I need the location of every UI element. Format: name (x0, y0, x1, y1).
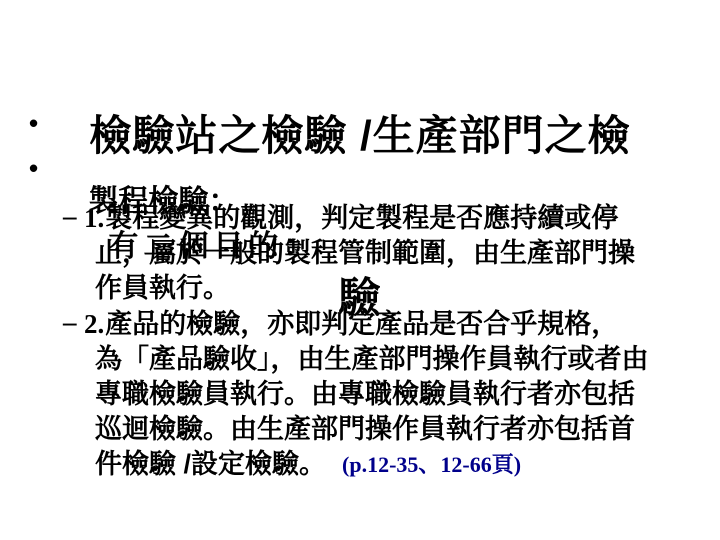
sub-bullet-2-line-3: 專職檢驗員執行。由專職檢驗員執行者亦包括 (95, 377, 715, 412)
sub-bullet-1-line-3: 作員執行。 (95, 271, 715, 306)
presentation-slide: 檢驗站之檢驗 /生產部門之檢 驗 • 製程檢驗： • 有二個目的： – 1.製程… (0, 0, 720, 540)
sub-bullet-1-line-1: 1.製程變異的觀測，判定製程是否應持續或停 (95, 201, 715, 236)
bullet-marker-icon: • (29, 153, 38, 184)
sub-bullet-2-line-2: 為「產品驗收」，由生產部門操作員執行或者由 (95, 342, 715, 377)
sub-bullet-1-number: 1. (84, 203, 104, 233)
sub-bullet-1: – 1.製程變異的觀測，判定製程是否應持續或停 止，屬於一般的製程管制範圍，由生… (95, 201, 715, 306)
dash-marker-icon: – (63, 199, 77, 234)
sub-bullet-2-line-1: 2.產品的檢驗，亦即判定產品是否合乎規格， (95, 307, 715, 342)
sub-bullet-2: – 2.產品的檢驗，亦即判定產品是否合乎規格， 為「產品驗收」，由生產部門操作員… (95, 307, 715, 482)
sub-bullet-2-line-5: 件檢驗 /設定檢驗。(p.12-35、12-66頁) (95, 447, 715, 482)
dash-marker-icon: – (63, 305, 77, 340)
sub-bullet-2-line-4: 巡迴檢驗。由生產部門操作員執行者亦包括首 (95, 412, 715, 447)
sub-bullet-1-text: 製程變異的觀測，判定製程是否應持續或停 (105, 203, 618, 233)
sub-bullet-2-number: 2. (84, 309, 104, 339)
page-reference: (p.12-35、12-66頁) (342, 452, 521, 477)
sub-bullet-1-line-2: 止，屬於一般的製程管制範圍，由生產部門操 (95, 236, 715, 271)
sub-bullet-2-last-text: 件檢驗 /設定檢驗。 (95, 449, 326, 479)
sub-bullet-2-text: 產品的檢驗，亦即判定產品是否合乎規格， (105, 309, 618, 339)
bullet-marker-icon: • (29, 108, 38, 139)
